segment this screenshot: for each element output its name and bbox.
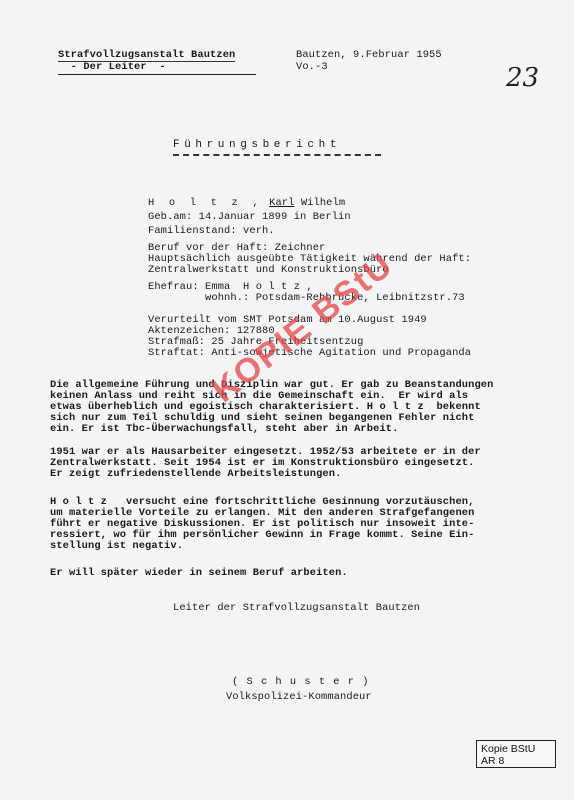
document-title: Führungsbericht (173, 140, 341, 151)
paragraph-line: ein. Er ist Tbc-Überwachungsfall, steht … (50, 424, 398, 435)
handwritten-page-number: 23 (506, 63, 539, 93)
place-date: Bautzen, 9.Februar 1955 (296, 50, 442, 61)
signatory-name: ( S c h u s t e r ) (232, 677, 369, 688)
archive-stamp-box: Kopie BStU AR 8 (476, 740, 556, 768)
paragraph-line: Er will später wieder in seinem Beruf ar… (50, 568, 348, 579)
archive-stamp-line2: AR 8 (481, 755, 551, 767)
birth-info: Geb.am: 14.Januar 1899 in Berlin (148, 212, 351, 223)
institution-head: - Der Leiter - (58, 62, 256, 75)
marital-status: Familienstand: verh. (148, 226, 275, 237)
offense: Straftat: Anti-sowjetische Agitation und… (148, 348, 471, 359)
signatory-rank: Volkspolizei-Kommandeur (226, 692, 372, 703)
person-name: H o l t z , Karl Wilhelm (148, 198, 345, 209)
document-page: Strafvollzugsanstalt Bautzen - Der Leite… (0, 0, 574, 800)
middle-name: Wilhelm (301, 197, 345, 209)
surname: H o l t z , (148, 197, 263, 209)
paragraph-line: Er zeigt zufriedenstellende Arbeitsleist… (50, 469, 341, 480)
reference-number: Vo.-3 (296, 62, 328, 73)
signature-title: Leiter der Strafvollzugsanstalt Bautzen (173, 603, 420, 614)
paragraph-line: stellung ist negativ. (50, 541, 183, 552)
first-name: Karl (269, 197, 294, 209)
archive-stamp-line1: Kopie BStU (481, 743, 551, 755)
title-underline (173, 154, 381, 156)
